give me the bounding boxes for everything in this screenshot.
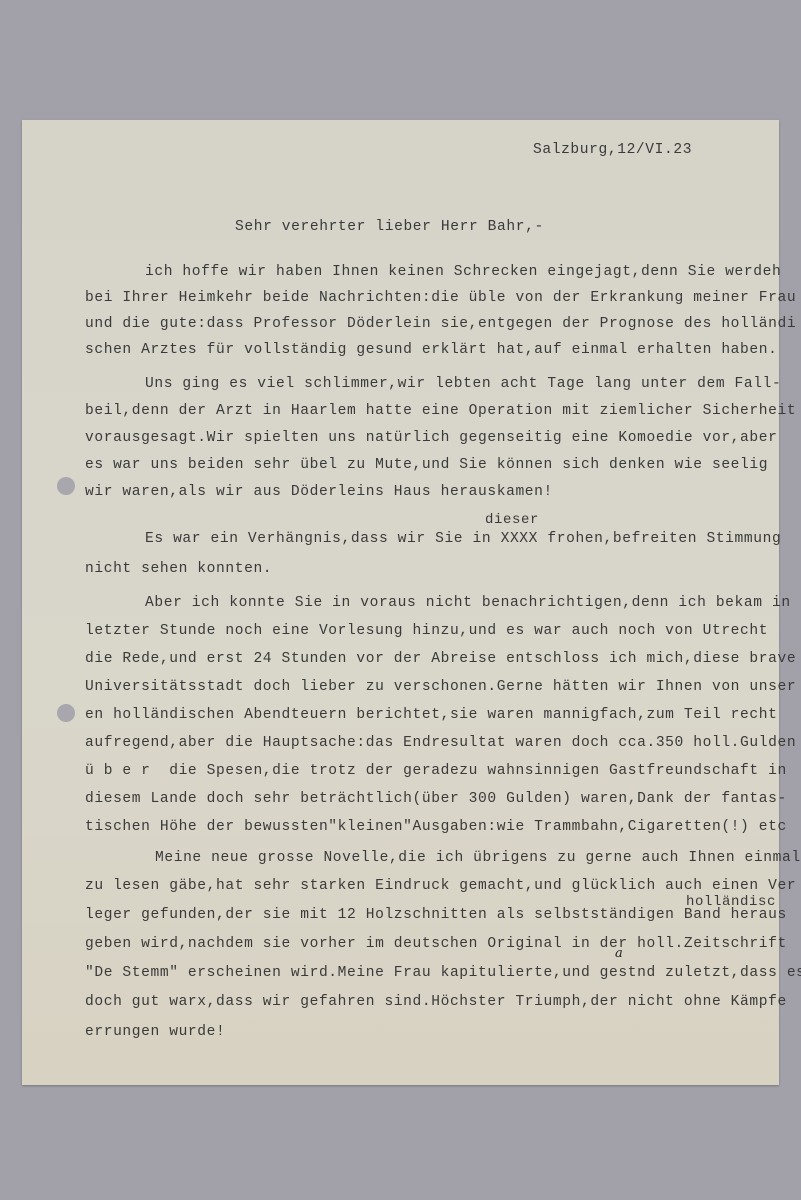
punch-hole-top: [57, 477, 75, 495]
text-line: Meine neue grosse Novelle,die ich übrige…: [155, 850, 801, 866]
text-line: letzter Stunde noch eine Vorlesung hinzu…: [85, 623, 768, 639]
salutation: Sehr verehrter lieber Herr Bahr,-: [235, 219, 544, 235]
text-line: ü b e r die Spesen,die trotz der geradez…: [85, 763, 787, 779]
text-line: leger gefunden,der sie mit 12 Holzschnit…: [85, 907, 787, 923]
text-line: schen Arztes für vollständig gesund erkl…: [85, 342, 777, 358]
text-line: bei Ihrer Heimkehr beide Nachrichten:die…: [85, 290, 796, 306]
text-line: es war uns beiden sehr übel zu Mute,und …: [85, 457, 768, 473]
text-line: nicht sehen konnten.: [85, 561, 272, 577]
text-line: Es war ein Verhängnis,dass wir Sie in XX…: [145, 531, 781, 547]
text-line: errungen wurde!: [85, 1024, 225, 1040]
text-line: en holländischen Abendteuern berichtet,s…: [85, 707, 777, 723]
interlinear-insertion-dieser: dieser: [485, 512, 539, 528]
text-line: vorausgesagt.Wir spielten uns natürlich …: [85, 430, 777, 446]
text-line: wir waren,als wir aus Döderleins Haus he…: [85, 484, 553, 500]
text-line: Universitätsstadt doch lieber zu verscho…: [85, 679, 796, 695]
text-line: geben wird,nachdem sie vorher im deutsch…: [85, 936, 787, 952]
text-line: zu lesen gäbe,hat sehr starken Eindruck …: [85, 878, 796, 894]
letter-page: Salzburg,12/VI.23 Sehr verehrter lieber …: [22, 120, 779, 1085]
text-line: ich hoffe wir haben Ihnen keinen Schreck…: [145, 264, 781, 280]
text-line: diesem Lande doch sehr beträchtlich(über…: [85, 791, 787, 807]
text-line: die Rede,und erst 24 Stunden vor der Abr…: [85, 651, 796, 667]
text-line: doch gut warx,dass wir gefahren sind.Höc…: [85, 994, 787, 1010]
text-line: und die gute:dass Professor Döderlein si…: [85, 316, 796, 332]
handwritten-correction: a: [615, 946, 623, 961]
punch-hole-bottom: [57, 704, 75, 722]
text-line: "De Stemm" erscheinen wird.Meine Frau ka…: [85, 965, 801, 981]
text-line: Uns ging es viel schlimmer,wir lebten ac…: [145, 376, 781, 392]
text-line: aufregend,aber die Hauptsache:das Endres…: [85, 735, 796, 751]
text-line: beil,denn der Arzt in Haarlem hatte eine…: [85, 403, 796, 419]
place-date: Salzburg,12/VI.23: [533, 142, 692, 158]
text-line: Aber ich konnte Sie in voraus nicht bena…: [145, 595, 791, 611]
text-line: tischen Höhe der bewussten"kleinen"Ausga…: [85, 819, 787, 835]
